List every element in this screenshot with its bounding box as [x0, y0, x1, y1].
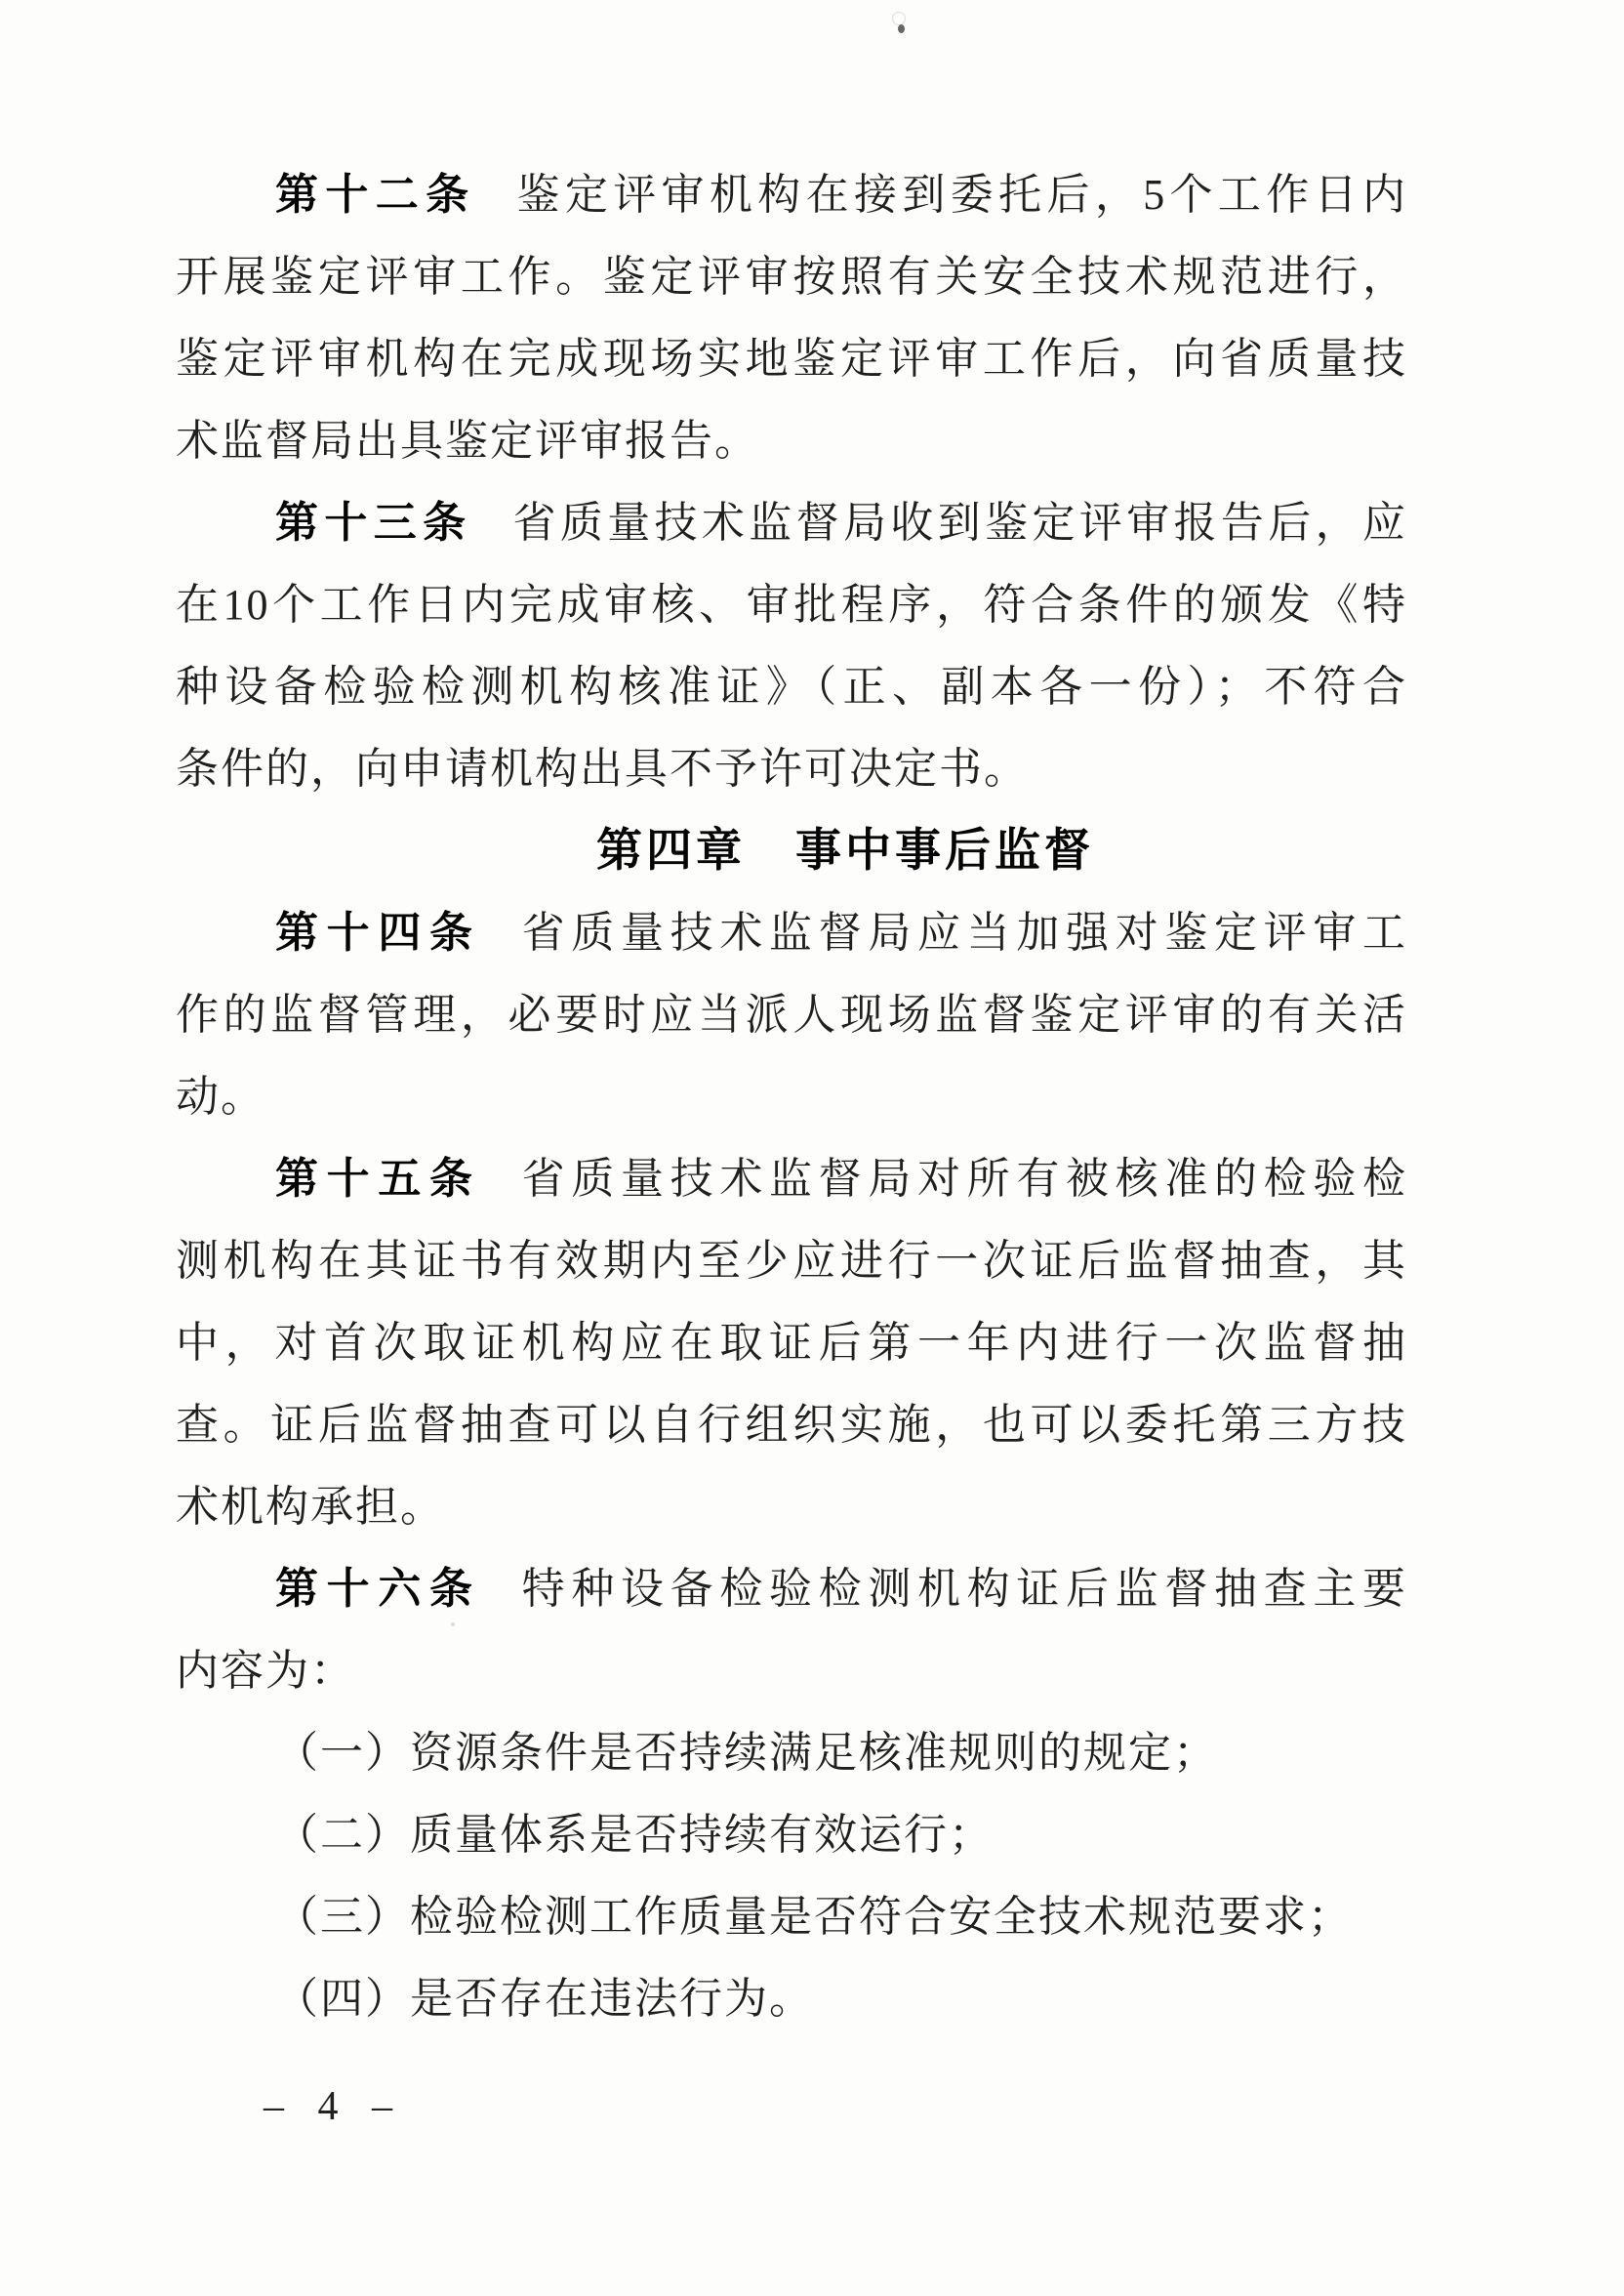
text-line: 第十四条省质量技术监督局应当加强对鉴定评审工	[176, 892, 1407, 974]
article-number: 第十六条	[275, 1565, 481, 1613]
text-line: 第十五条省质量技术监督局对所有被核准的检验检	[176, 1138, 1407, 1220]
text-line: （四）是否存在违法行为。	[176, 1958, 1407, 2040]
text-line: 开展鉴定评审工作。鉴定评审按照有关安全技术规范进行，	[176, 236, 1407, 318]
text-line: （三）检验检测工作质量是否符合安全技术规范要求；	[176, 1876, 1407, 1958]
text-line: （二）质量体系是否持续有效运行；	[176, 1794, 1407, 1876]
text-line: 术监督局出具鉴定评审报告。	[176, 400, 1407, 482]
page-number: – 4 –	[264, 2077, 1407, 2136]
text-line: 动。	[176, 1056, 1407, 1138]
line-text: 特种设备检验检测机构证后监督抽查主要	[522, 1565, 1407, 1613]
text-line: 条件的，向申请机构出具不予许可决定书。	[176, 728, 1407, 810]
text-line: 第十三条省质量技术监督局收到鉴定评审报告后，应	[176, 482, 1407, 564]
scan-speck	[892, 12, 906, 25]
document-body: 第十二条鉴定评审机构在接到委托后，5个工作日内开展鉴定评审工作。鉴定评审按照有关…	[176, 154, 1407, 2136]
chapter-heading: 第四章 事中事后监督	[229, 810, 1461, 892]
line-text: 省质量技术监督局应当加强对鉴定评审工	[522, 909, 1407, 957]
text-line: 作的监督管理，必要时应当派人现场监督鉴定评审的有关活	[176, 974, 1407, 1056]
article-number: 第十二条	[275, 171, 475, 219]
text-line: （一）资源条件是否持续满足核准规则的规定；	[176, 1712, 1407, 1794]
text-line: 种设备检验检测机构核准证》（正、副本各一份）；不符合	[176, 646, 1407, 728]
line-text: 鉴定评审机构在接到委托后，5个工作日内	[516, 171, 1407, 219]
text-line: 测机构在其证书有效期内至少应进行一次证后监督抽查，其	[176, 1220, 1407, 1302]
scanned-document-page: 第十二条鉴定评审机构在接到委托后，5个工作日内开展鉴定评审工作。鉴定评审按照有关…	[0, 0, 1624, 2296]
line-text: 省质量技术监督局对所有被核准的检验检	[522, 1155, 1407, 1203]
text-line: 术机构承担。	[176, 1466, 1407, 1548]
scan-speck	[898, 24, 905, 33]
text-line: 第十六条特种设备检验检测机构证后监督抽查主要	[176, 1548, 1407, 1630]
text-line: 在10个工作日内完成审核、审批程序，符合条件的颁发《特	[176, 564, 1407, 646]
text-line: 第十二条鉴定评审机构在接到委托后，5个工作日内	[176, 154, 1407, 236]
article-number: 第十三条	[275, 499, 471, 547]
article-number: 第十五条	[275, 1155, 481, 1203]
text-line: 鉴定评审机构在完成现场实地鉴定评审工作后，向省质量技	[176, 318, 1407, 400]
text-line: 内容为：	[176, 1630, 1407, 1712]
text-line: 中，对首次取证机构应在取证后第一年内进行一次监督抽	[176, 1302, 1407, 1384]
article-number: 第十四条	[275, 909, 481, 957]
line-text: 省质量技术监督局收到鉴定评审报告后，应	[512, 499, 1407, 547]
text-line: 查。证后监督抽查可以自行组织实施，也可以委托第三方技	[176, 1384, 1407, 1466]
